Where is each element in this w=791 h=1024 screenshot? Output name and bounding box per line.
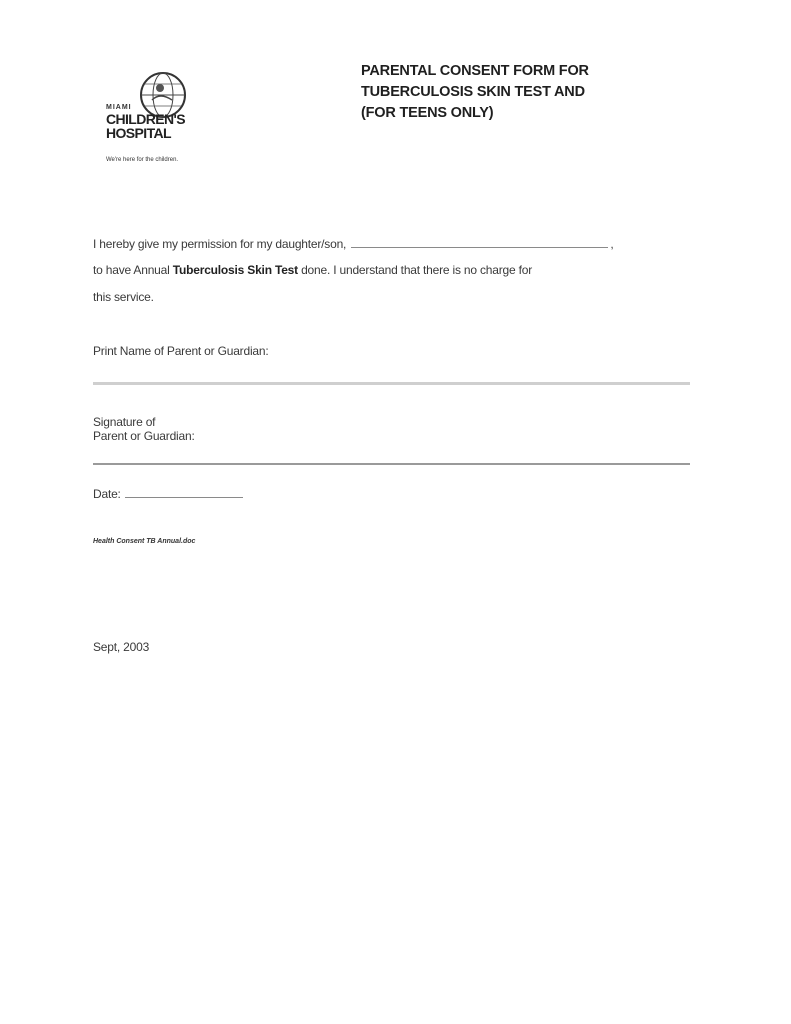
permission-line: I hereby give my permission for my daugh… xyxy=(93,236,613,251)
print-name-label: Print Name of Parent or Guardian: xyxy=(93,344,269,358)
title-line-3: (FOR TEENS ONLY) xyxy=(361,103,589,124)
logo-hospital: HOSPITAL xyxy=(106,126,171,140)
print-name-field[interactable] xyxy=(93,382,690,385)
logo-miami: MIAMI xyxy=(106,104,132,111)
revision-date: Sept, 2003 xyxy=(93,640,149,654)
comma: , xyxy=(610,237,613,251)
test-description-line: to have Annual Tuberculosis Skin Test do… xyxy=(93,263,532,277)
hospital-logo: MIAMI CHILDREN'S HOSPITAL We're here for… xyxy=(104,70,264,170)
logo-tagline: We're here for the children. xyxy=(106,157,178,163)
title-line-2: TUBERCULOSIS SKIN TEST AND xyxy=(361,82,589,103)
permission-text: I hereby give my permission for my daugh… xyxy=(93,237,346,251)
signature-field[interactable] xyxy=(93,463,690,465)
date-label: Date: xyxy=(93,487,121,501)
child-name-field[interactable] xyxy=(351,236,608,248)
signature-label-line-2: Parent or Guardian: xyxy=(93,429,195,443)
test-text-prefix: to have Annual xyxy=(93,263,173,277)
signature-label-line-1: Signature of xyxy=(93,415,195,429)
document-filename: Health Consent TB Annual.doc xyxy=(93,538,195,545)
test-text-suffix: done. I understand that there is no char… xyxy=(298,263,532,277)
service-line: this service. xyxy=(93,290,154,304)
date-field[interactable] xyxy=(125,486,243,498)
logo-childrens: CHILDREN'S xyxy=(106,112,185,126)
form-title: PARENTAL CONSENT FORM FOR TUBERCULOSIS S… xyxy=(361,61,589,124)
signature-label: Signature of Parent or Guardian: xyxy=(93,415,195,443)
date-line: Date: xyxy=(93,486,243,501)
title-line-1: PARENTAL CONSENT FORM FOR xyxy=(361,61,589,82)
test-name: Tuberculosis Skin Test xyxy=(173,263,298,277)
